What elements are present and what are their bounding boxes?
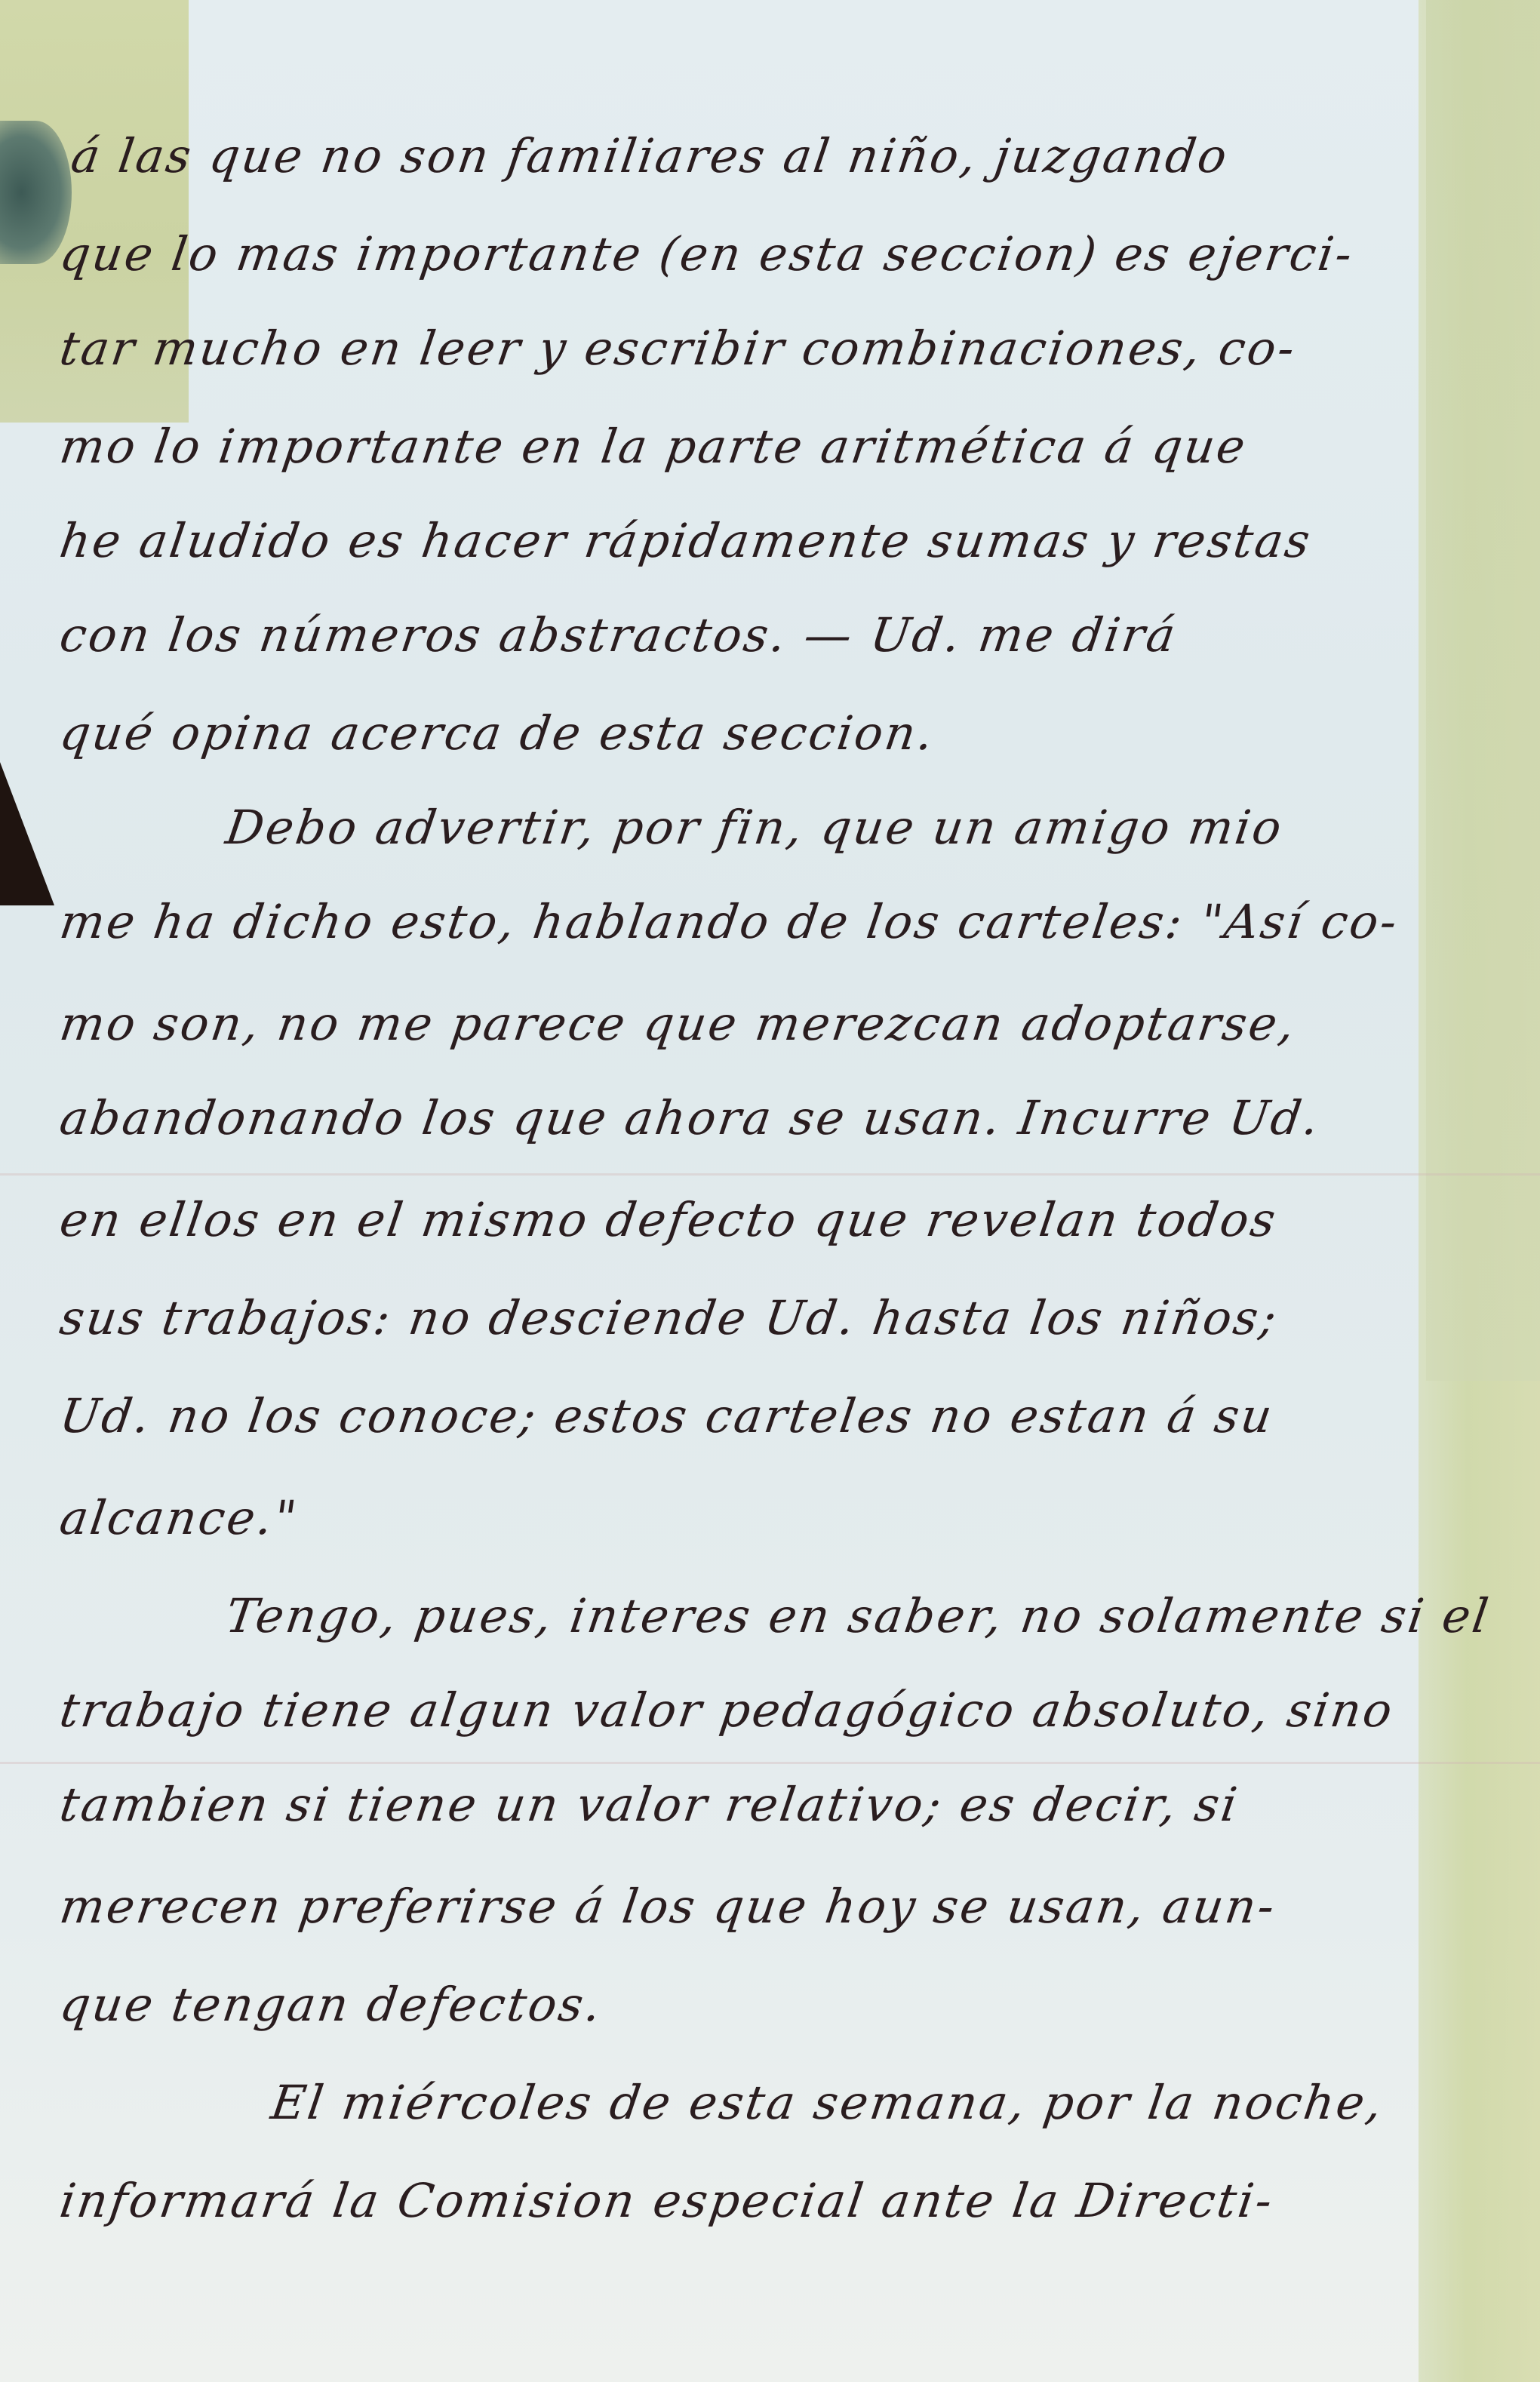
text-line: que tengan defectos.	[57, 1977, 607, 2032]
text-line: sus trabajos: no desciende Ud. hasta los…	[57, 1290, 1282, 1345]
text-line: á las que no son familiares al niño, juz…	[68, 128, 1232, 183]
text-line: informará la Comision especial ante la D…	[57, 2173, 1277, 2228]
text-line: que lo mas importante (en esta seccion) …	[57, 226, 1357, 281]
text-line: me ha dicho esto, hablando de los cartel…	[57, 894, 1403, 949]
text-line: con los números abstractos. — Ud. me dir…	[57, 607, 1181, 662]
text-line: mo son, no me parece que merezcan adopta…	[57, 996, 1300, 1051]
text-line: mo lo importante en la parte aritmética …	[57, 419, 1251, 474]
text-line: alcance."	[57, 1490, 302, 1545]
text-line: Ud. no los conoce; estos carteles no est…	[57, 1388, 1277, 1443]
text-line: merecen preferirse á los que hoy se usan…	[57, 1879, 1280, 1934]
paragraph-start-line: El miércoles de esta semana, por la noch…	[268, 2075, 1388, 2130]
text-line: trabajo tiene algun valor pedagógico abs…	[57, 1683, 1397, 1738]
text-line: tar mucho en leer y escribir combinacion…	[57, 321, 1300, 376]
text-line: he aludido es hacer rápidamente sumas y …	[57, 513, 1316, 568]
text-line: qué opina acerca de esta seccion.	[57, 705, 939, 761]
handwritten-text-body: á las que no son familiares al niño, juz…	[0, 0, 1540, 2382]
text-line: abandonando los que ahora se usan. Incur…	[57, 1090, 1324, 1145]
paragraph-start-line: Tengo, pues, interes en saber, no solame…	[223, 1588, 1494, 1643]
paragraph-start-line: Debo advertir, por fin, que un amigo mio	[223, 800, 1287, 855]
text-line: en ellos en el mismo defecto que revelan…	[57, 1192, 1281, 1247]
letter-page: á las que no son familiares al niño, juz…	[0, 0, 1540, 2382]
text-line: tambien si tiene un valor relativo; es d…	[57, 1777, 1243, 1832]
